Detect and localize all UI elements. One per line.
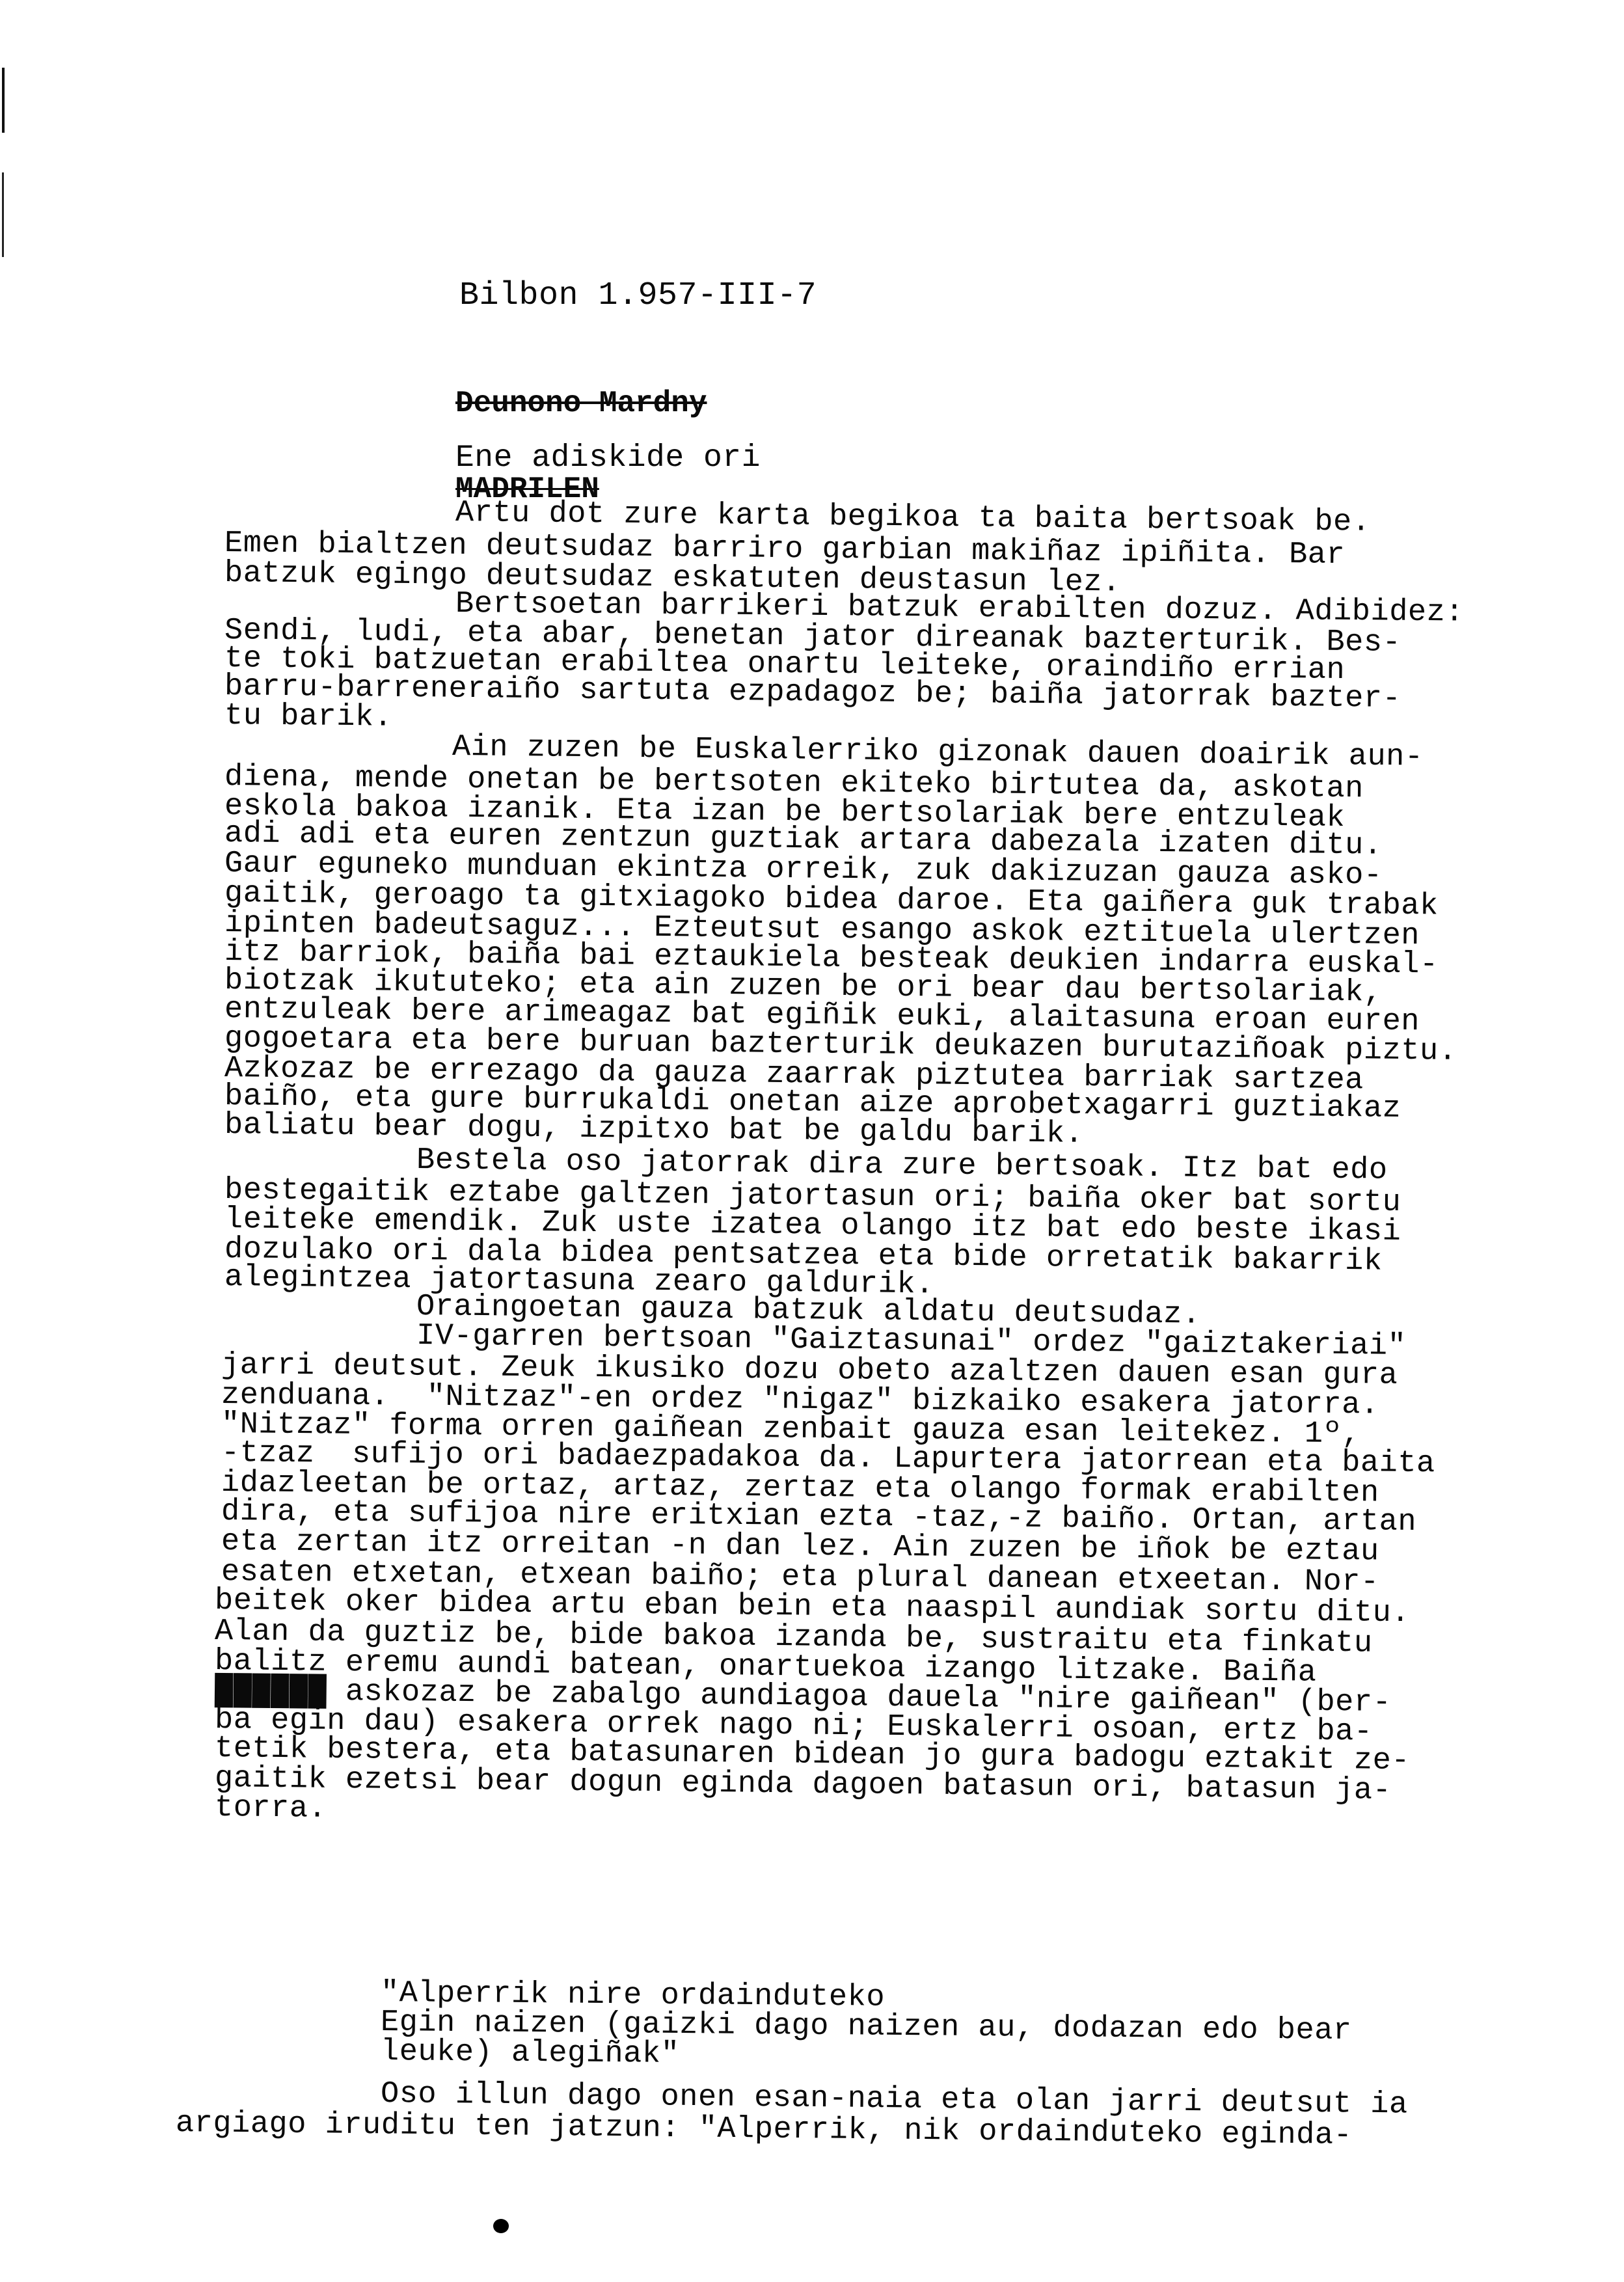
text-line: torra. (215, 1793, 327, 1825)
scan-edge-mark (2, 172, 4, 257)
verse-line: leuke) alegiñak" (381, 2037, 680, 2070)
punch-dot (493, 2219, 509, 2233)
text-line: baliatu bear dogu, izpitxo bat be galdu … (224, 1110, 1084, 1150)
text-line: tu barik. (224, 701, 393, 733)
place-date: Bilbon 1.957-III-7 (459, 280, 817, 312)
salutation: Ene adiskide ori (455, 442, 761, 474)
scan-edge-mark (2, 68, 5, 133)
document-page: Bilbon 1.957-III-7 Deunono Mardny MADRIL… (0, 0, 1624, 2282)
recipient-name: Deunono Mardny (455, 388, 707, 418)
